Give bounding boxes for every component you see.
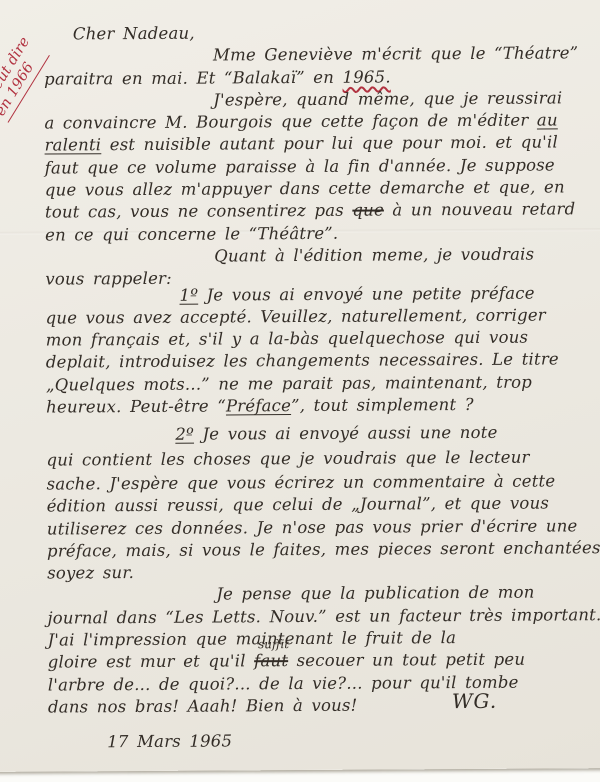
scanned-letter: Il veut dire en 1966 Cher Nadeau,Mme Gen… [0, 0, 600, 782]
text-segment: 2º [175, 425, 194, 444]
letter-line: gloire est mur et qu'il suffitfaut secou… [48, 648, 600, 674]
text-segment: secouer un tout petit peu [288, 650, 525, 670]
letter-line: l'arbre de... de quoi?... de la vie?... … [48, 671, 600, 697]
text-segment: Mme Geneviève m'écrit que le “Théatre” [213, 44, 578, 65]
text-segment: Je vous ai envoyé une petite préface [198, 283, 535, 304]
letter-line: édition aussi reussi, que celui de „Jour… [47, 492, 600, 518]
letter-line: tout cas, vous ne consentirez pas que à … [45, 199, 600, 225]
text-segment: l'arbre de... de quoi?... de la vie?... … [48, 672, 519, 694]
letter-line: utiliserez ces données. Je n'ose pas vou… [47, 515, 600, 541]
letter-line: Mme Geneviève m'écrit que le “Théatre” [44, 42, 600, 68]
letter-line: dans nos bras! Aaah! Bien à vous! [48, 693, 600, 719]
letter-line: journal dans “Les Letts. Nouv.” est un f… [47, 604, 600, 630]
text-segment: heureux. Peut-être “ [46, 397, 226, 417]
text-segment: a convaincre M. Bourgois que cette façon… [44, 111, 537, 133]
letter-body: Cher Nadeau,Mme Geneviève m'écrit que le… [44, 20, 600, 754]
inserted-word: suffit [258, 638, 289, 650]
text-segment: est nuisible autant pour lui que pour mo… [101, 133, 558, 155]
text-segment: tout cas, vous ne consentirez pas [45, 201, 353, 222]
text-segment: faut [254, 651, 288, 670]
text-segment: que vous allez m'appuyer dans cette dema… [45, 177, 565, 199]
text-segment: journal dans “Les Letts. Nouv.” est un f… [47, 605, 600, 627]
text-segment: Je vous ai envoyé aussi une note [194, 423, 498, 444]
text-segment: „Quelques mots...” ne me parait pas, mai… [46, 372, 532, 394]
text-segment: vous rappeler: [45, 269, 172, 289]
text-segment: Cher Nadeau, [73, 24, 195, 44]
text-segment: soyez sur. [47, 563, 134, 583]
text-segment: en ce qui concerne le “Théâtre”. [45, 223, 338, 244]
letter-page: Il veut dire en 1966 Cher Nadeau,Mme Gen… [0, 0, 600, 772]
text-segment: à un nouveau retard [384, 200, 576, 220]
text-segment: dans nos bras! Aaah! Bien à vous! [48, 696, 358, 717]
text-segment: ”, tout simplement ? [291, 395, 474, 415]
letter-line: deplait, introduisez les changements nec… [46, 349, 600, 375]
letter-line: préface, mais, si vous le faites, mes pi… [47, 537, 600, 563]
inline-correction: suffitfaut [254, 650, 288, 673]
text-segment: sache. J'espère que vous écrirez un comm… [47, 471, 556, 493]
text-segment: 17 Mars 1965 [107, 732, 232, 752]
letter-line: 17 Mars 1965 [48, 728, 600, 754]
text-segment: utiliserez ces données. Je n'ose pas vou… [47, 516, 578, 538]
letter-line: Quant à l'édition meme, je voudrais [45, 243, 600, 269]
text-segment: préface, mais, si vous le faites, mes pi… [47, 538, 600, 560]
text-segment: Je pense que la publication de mon [216, 583, 534, 604]
text-segment: édition aussi reussi, que celui de „Jour… [47, 494, 549, 516]
text-segment: au [537, 111, 558, 130]
letter-line: qui contient les choses que je voudrais … [46, 446, 600, 472]
text-segment: 1965. [342, 67, 390, 86]
text-segment: gloire est mur et qu'il [48, 652, 255, 672]
text-segment: Préface [226, 396, 291, 415]
letter-line: „Quelques mots...” ne me parait pas, mai… [46, 371, 600, 397]
text-segment: J'ai l'impression que maintenant le frui… [48, 628, 457, 649]
text-segment: que vous avez accepté. Veuillez, naturel… [46, 305, 546, 327]
text-segment: Quant à l'édition meme, je voudrais [214, 245, 534, 266]
letter-line: 2º Je vous ai envoyé aussi une note [46, 421, 600, 447]
text-segment: qui contient les choses que je voudrais … [46, 447, 529, 469]
text-segment: que [352, 201, 384, 220]
letter-line: Je pense que la publication de mon [47, 582, 600, 608]
text-segment: mon français et, s'il y a la-bàs quelque… [46, 328, 529, 350]
text-segment: faut que ce volume paraisse à la fin d'a… [45, 155, 555, 177]
text-segment: 1º [179, 285, 198, 304]
text-segment: deplait, introduisez les changements nec… [46, 350, 559, 372]
letter-line: ralenti est nuisible autant pour lui que… [44, 132, 600, 158]
text-segment: ralenti [44, 136, 101, 155]
letter-line: heureux. Peut-être “Préface”, tout simpl… [46, 393, 600, 419]
text-segment: J'espère, quand même, que je reussirai [213, 88, 562, 109]
text-segment: paraitra en mai. Et “Balakaï” en [44, 67, 342, 88]
signature: WG. [452, 689, 497, 713]
